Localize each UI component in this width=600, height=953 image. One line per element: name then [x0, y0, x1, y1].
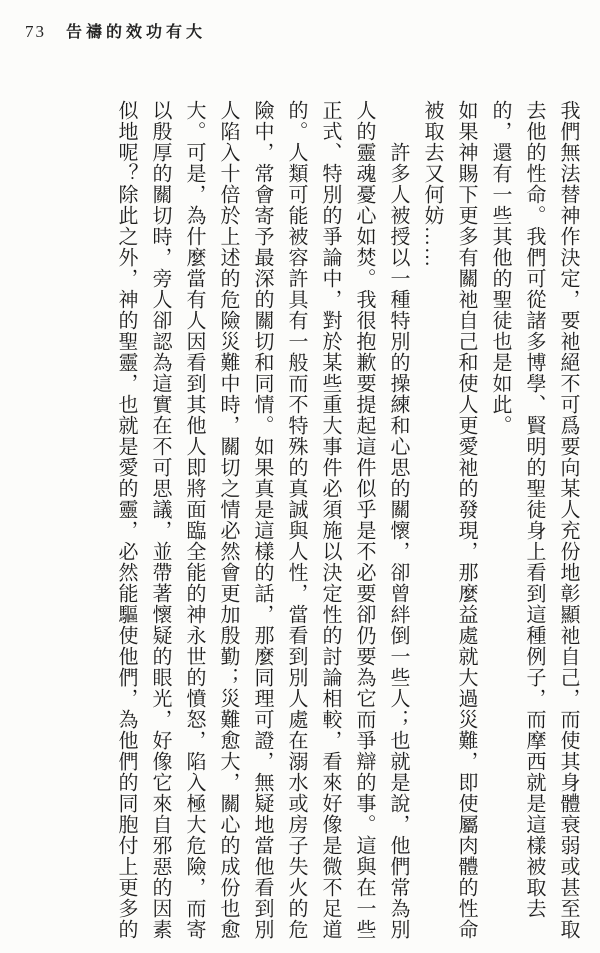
main-paragraph: 許多人被授以一種特別的操練和心思的關懷，卻曾絆倒一些人；也就是說，他們常為別人的…: [109, 100, 415, 944]
quote-paragraph-1: 我們無法替神作決定，要祂絕不可爲要向某人充份地彰顯祂自己，而使其身體衰弱或甚至取…: [483, 100, 585, 944]
quote-paragraph-2: 如果神賜下更多有關祂自己和使人更愛祂的發現，那麼益處就大過災難，即使屬肉體的性命…: [415, 100, 483, 944]
running-head: 73告禱的效功有大: [25, 19, 206, 42]
body-text-block: 我們無法替神作決定，要祂絕不可爲要向某人充份地彰顯祂自己，而使其身體衰弱或甚至取…: [16, 100, 585, 944]
book-page: 73告禱的效功有大 我們無法替神作決定，要祂絕不可爲要向某人充份地彰顯祂自己，而…: [0, 0, 600, 953]
page-number: 73: [25, 22, 46, 42]
running-title: 告禱的效功有大: [66, 19, 206, 42]
